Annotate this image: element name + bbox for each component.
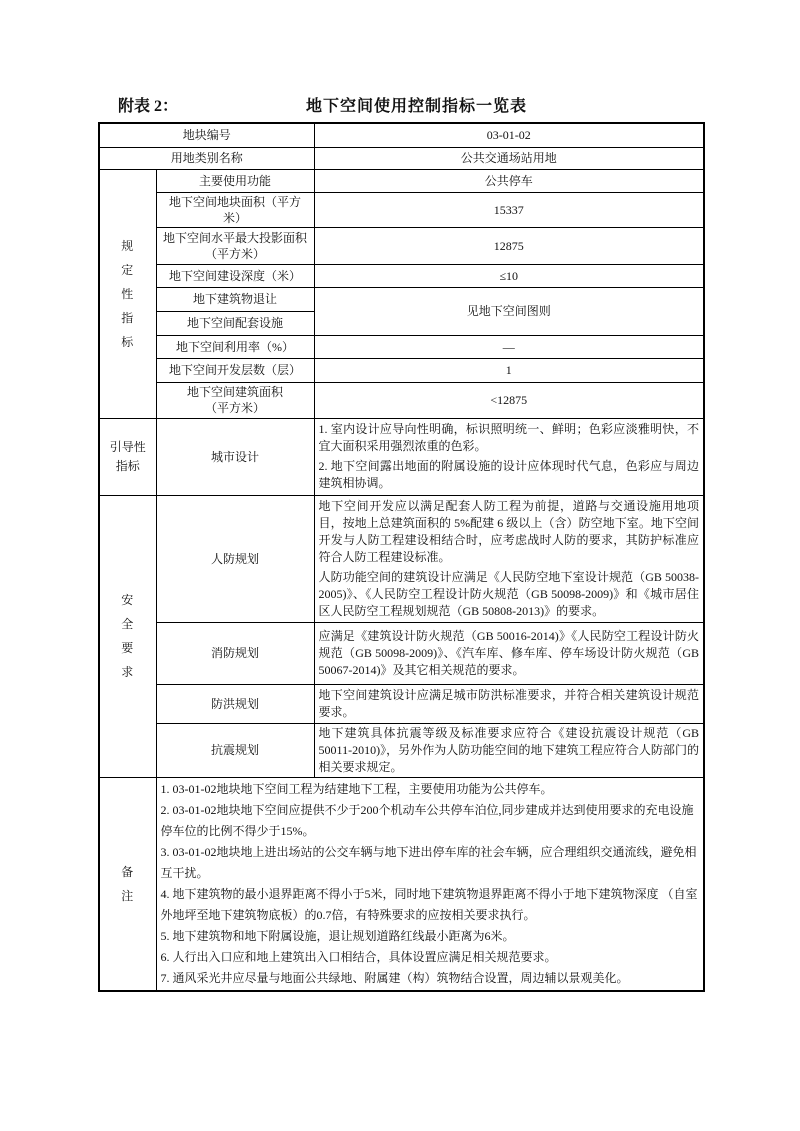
row-label: 地块编号 [99,123,314,147]
row-label: 地下空间配套设施 [156,311,314,335]
table-row: 防洪规划 地下空间建筑设计应满足城市防洪标准要求，并符合相关建筑设计规范要求。 [99,684,704,723]
paragraph: 1. 室内设计应导向性明确，标识照明统一、鲜明；色彩应淡雅明快，不宜大面积采用强… [319,421,700,455]
row-label: 防洪规划 [156,684,314,723]
row-value: 见地下空间图则 [314,287,704,335]
row-value: 12875 [314,227,704,264]
row-text: 地下空间建筑设计应满足城市防洪标准要求，并符合相关建筑设计规范要求。 [314,684,704,723]
table-row: 用地类别名称 公共交通场站用地 [99,147,704,169]
paragraph: 地下空间建筑设计应满足城市防洪标准要求，并符合相关建筑设计规范要求。 [319,687,700,721]
note-item: 4. 地下建筑物的最小退界距离不得小于5米，同时地下建筑物退界距离不得小于地下建… [161,884,700,926]
paragraph: 应满足《建筑设计防火规范（GB 50016-2014)》《人民防空工程设计防火规… [319,628,700,679]
row-value: <12875 [314,382,704,418]
note-item: 6. 人行出入口应和地上建筑出入口相结合，具体设置应满足相关规范要求。 [161,947,700,968]
row-label: 地下空间地块面积（平方米） [156,192,314,227]
paragraph: 人防功能空间的建筑设计应满足《人民防空地下室设计规范（GB 50038-2005… [319,569,700,620]
notes-cell: 1. 03-01-02地块地下空间工程为结建地下工程，主要使用功能为公共停车。 … [156,777,704,991]
category-regulatory: 规 定 性 指 标 [99,169,156,418]
table-row: 地下空间利用率（%） — [99,335,704,358]
page-title: 地下空间使用控制指标一览表 [306,98,527,115]
row-value: 03-01-02 [314,123,704,147]
table-row: 抗震规划 地下建筑具体抗震等级及标准要求应符合《建设抗震设计规范（GB 5001… [99,723,704,777]
row-label: 城市设计 [156,418,314,495]
table-row: 地下空间建设深度（米） ≤10 [99,264,704,287]
table-row: 备 注 1. 03-01-02地块地下空间工程为结建地下工程，主要使用功能为公共… [99,777,704,991]
table-row: 地下空间水平最大投影面积 （平方米） 12875 [99,227,704,264]
table-row: 地下空间开发层数（层） 1 [99,358,704,382]
appendix-label: 附表 2： [118,97,178,117]
row-value: — [314,335,704,358]
row-label: 主要使用功能 [156,169,314,192]
note-item: 3. 03-01-02地块地上进出场站的公交车辆与地下进出停车库的社会车辆，应合… [161,842,700,884]
note-item: 5. 地下建筑物和地下附属设施，退让规划道路红线最小距离为6米。 [161,926,700,947]
row-value: 15337 [314,192,704,227]
paragraph: 地下建筑具体抗震等级及标准要求应符合《建设抗震设计规范（GB 50011-201… [319,725,700,776]
row-label: 抗震规划 [156,723,314,777]
category-notes: 备 注 [99,777,156,991]
note-item: 7. 通风采光井应尽量与地面公共绿地、附属建（构）筑物结合设置，周边辅以景观美化… [161,968,700,989]
note-item: 2. 03-01-02地块地下空间应提供不少于200个机动车公共停车泊位,同步建… [161,800,700,842]
row-label: 地下空间利用率（%） [156,335,314,358]
row-value: 公共停车 [314,169,704,192]
row-value: 1 [314,358,704,382]
paragraph: 地下空间开发应以满足配套人防工程为前提，道路与交通设施用地项目，按地上总建筑面积… [319,498,700,566]
row-text: 地下建筑具体抗震等级及标准要求应符合《建设抗震设计规范（GB 50011-201… [314,723,704,777]
table-row: 地下空间建筑面积 （平方米） <12875 [99,382,704,418]
row-value: 公共交通场站用地 [314,147,704,169]
table-row: 地下空间地块面积（平方米） 15337 [99,192,704,227]
row-label: 地下空间开发层数（层） [156,358,314,382]
table-row: 地下建筑物退让 见地下空间图则 [99,287,704,311]
document-page: 附表 2：地下空间使用控制指标一览表 地块编号 03-01-02 用地类别名称 … [0,0,800,1131]
row-label: 人防规划 [156,495,314,622]
table-row: 引导性 指标 城市设计 1. 室内设计应导向性明确，标识照明统一、鲜明；色彩应淡… [99,418,704,495]
row-label: 地下空间建筑面积 （平方米） [156,382,314,418]
row-label: 地下空间建设深度（米） [156,264,314,287]
table-row: 消防规划 应满足《建筑设计防火规范（GB 50016-2014)》《人民防空工程… [99,622,704,684]
row-label: 用地类别名称 [99,147,314,169]
note-item: 1. 03-01-02地块地下空间工程为结建地下工程，主要使用功能为公共停车。 [161,779,700,800]
paragraph: 2. 地下空间露出地面的附属设施的设计应体现时代气息，色彩应与周边建筑相协调。 [319,458,700,492]
row-label: 地下空间水平最大投影面积 （平方米） [156,227,314,264]
row-text: 应满足《建筑设计防火规范（GB 50016-2014)》《人民防空工程设计防火规… [314,622,704,684]
row-label: 消防规划 [156,622,314,684]
document-header: 附表 2：地下空间使用控制指标一览表 [98,97,703,117]
category-safety: 安 全 要 求 [99,495,156,777]
row-label: 地下建筑物退让 [156,287,314,311]
table-row: 规 定 性 指 标 主要使用功能 公共停车 [99,169,704,192]
row-text: 地下空间开发应以满足配套人防工程为前提，道路与交通设施用地项目，按地上总建筑面积… [314,495,704,622]
table-row: 地块编号 03-01-02 [99,123,704,147]
indicator-table: 地块编号 03-01-02 用地类别名称 公共交通场站用地 规 定 性 指 标 … [98,122,705,992]
table-row: 安 全 要 求 人防规划 地下空间开发应以满足配套人防工程为前提，道路与交通设施… [99,495,704,622]
row-text: 1. 室内设计应导向性明确，标识照明统一、鲜明；色彩应淡雅明快，不宜大面积采用强… [314,418,704,495]
category-guidance: 引导性 指标 [99,418,156,495]
row-value: ≤10 [314,264,704,287]
